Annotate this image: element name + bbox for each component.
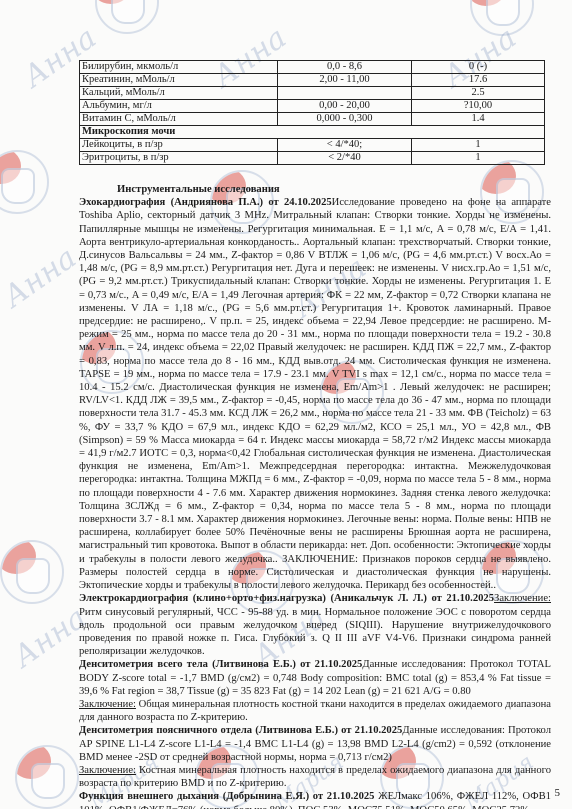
conclusion-label: Заключение:	[79, 699, 136, 710]
watermark-logo-icon	[0, 540, 64, 604]
conclusion-label: Заключение:	[79, 765, 136, 776]
dexa-body-conclusion: Заключение: Общая минеральная плотность …	[79, 698, 551, 724]
watermark-logo-icon	[95, 0, 159, 34]
lab-value: 1	[412, 152, 545, 165]
table-row: Эритроциты, в п/зр < 2/*40 1	[80, 152, 545, 165]
watermark-logo-icon	[15, 745, 79, 809]
table-row: Лейкоциты, в п/зр < 4/*40; 1	[80, 139, 545, 152]
watermark-logo-icon	[470, 0, 534, 36]
table-row: Альбумин, мг/л 0,00 - 20,00 ?10,00	[80, 100, 545, 113]
lab-reference: 0,000 - 0,300	[278, 113, 412, 126]
lab-reference	[278, 87, 412, 100]
lab-name: Витамин С, мМоль/л	[80, 113, 278, 126]
section-title: Микроскопия мочи	[80, 126, 545, 139]
lab-value: 2.5	[412, 87, 545, 100]
echo-body: Исследование проведено на фоне на аппара…	[79, 197, 551, 591]
watermark-text: Анна	[0, 240, 83, 315]
spirometry-paragraph: Функция внешнего дыхания (Добрынина Е.Я.…	[79, 790, 551, 809]
lab-name: Кальций, мМоль/л	[80, 87, 278, 100]
lab-value: ?10,00	[412, 100, 545, 113]
ecg-conclusion-label: Заключение:	[494, 593, 551, 604]
ecg-paragraph: Электрокардиография (клино+орто+физ.нагр…	[79, 592, 551, 658]
echo-title: Эхокардиография (Андриянова П.А.) от 24.…	[79, 197, 332, 208]
lab-reference: 0,00 - 20,00	[278, 100, 412, 113]
dexa-body-title: Денситометрия всего тела (Литвинова Е.Б.…	[79, 659, 362, 670]
table-row: Креатинин, мМоль/л 2,00 - 11,00 17.6	[80, 74, 545, 87]
table-row: Витамин С, мМоль/л 0,000 - 0,300 1.4	[80, 113, 545, 126]
spirometry-title: Функция внешнего дыхания (Добрынина Е.Я.…	[79, 791, 374, 802]
dexa-spine-conclusion: Заключение: Костная минеральная плотност…	[79, 764, 551, 790]
section-heading: Инструментальные исследования	[79, 183, 551, 196]
lab-name: Лейкоциты, в п/зр	[80, 139, 278, 152]
lab-reference: 2,00 - 11,00	[278, 74, 412, 87]
lab-name: Альбумин, мг/л	[80, 100, 278, 113]
table-section-row: Микроскопия мочи	[80, 126, 545, 139]
table-row: Кальций, мМоль/л 2.5	[80, 87, 545, 100]
lab-value: 1.4	[412, 113, 545, 126]
lab-value: 0 (-)	[412, 61, 545, 74]
dexa-body-paragraph: Денситометрия всего тела (Литвинова Е.Б.…	[79, 658, 551, 698]
watermark-logo-icon	[0, 150, 49, 214]
lab-results-table: Билирубин, мкмоль/л 0,0 - 8,6 0 (-) Креа…	[79, 60, 545, 165]
table-row: Билирубин, мкмоль/л 0,0 - 8,6 0 (-)	[80, 61, 545, 74]
ecg-title: Электрокардиография (клино+орто+физ.нагр…	[79, 593, 494, 604]
lab-name: Эритроциты, в п/зр	[80, 152, 278, 165]
ecg-body: Ритм синусовый регулярный, ЧСС - 95-88 у…	[79, 607, 551, 658]
page-number: 5	[555, 787, 561, 799]
instrumental-section: Инструментальные исследования Эхокардиог…	[79, 183, 551, 809]
dexa-spine-paragraph: Денситометрия поясничного отдела (Литвин…	[79, 724, 551, 764]
dexa-spine-title: Денситометрия поясничного отдела (Литвин…	[79, 725, 402, 736]
lab-reference: < 2/*40	[278, 152, 412, 165]
lab-reference: 0,0 - 8,6	[278, 61, 412, 74]
lab-name: Креатинин, мМоль/л	[80, 74, 278, 87]
conclusion-text: Общая минеральная плотность костной ткан…	[79, 699, 551, 723]
lab-value: 17.6	[412, 74, 545, 87]
echo-paragraph: Эхокардиография (Андриянова П.А.) от 24.…	[79, 196, 551, 592]
conclusion-text: Костная минеральная плотность находится …	[79, 765, 551, 789]
lab-name: Билирубин, мкмоль/л	[80, 61, 278, 74]
lab-value: 1	[412, 139, 545, 152]
lab-reference: < 4/*40;	[278, 139, 412, 152]
